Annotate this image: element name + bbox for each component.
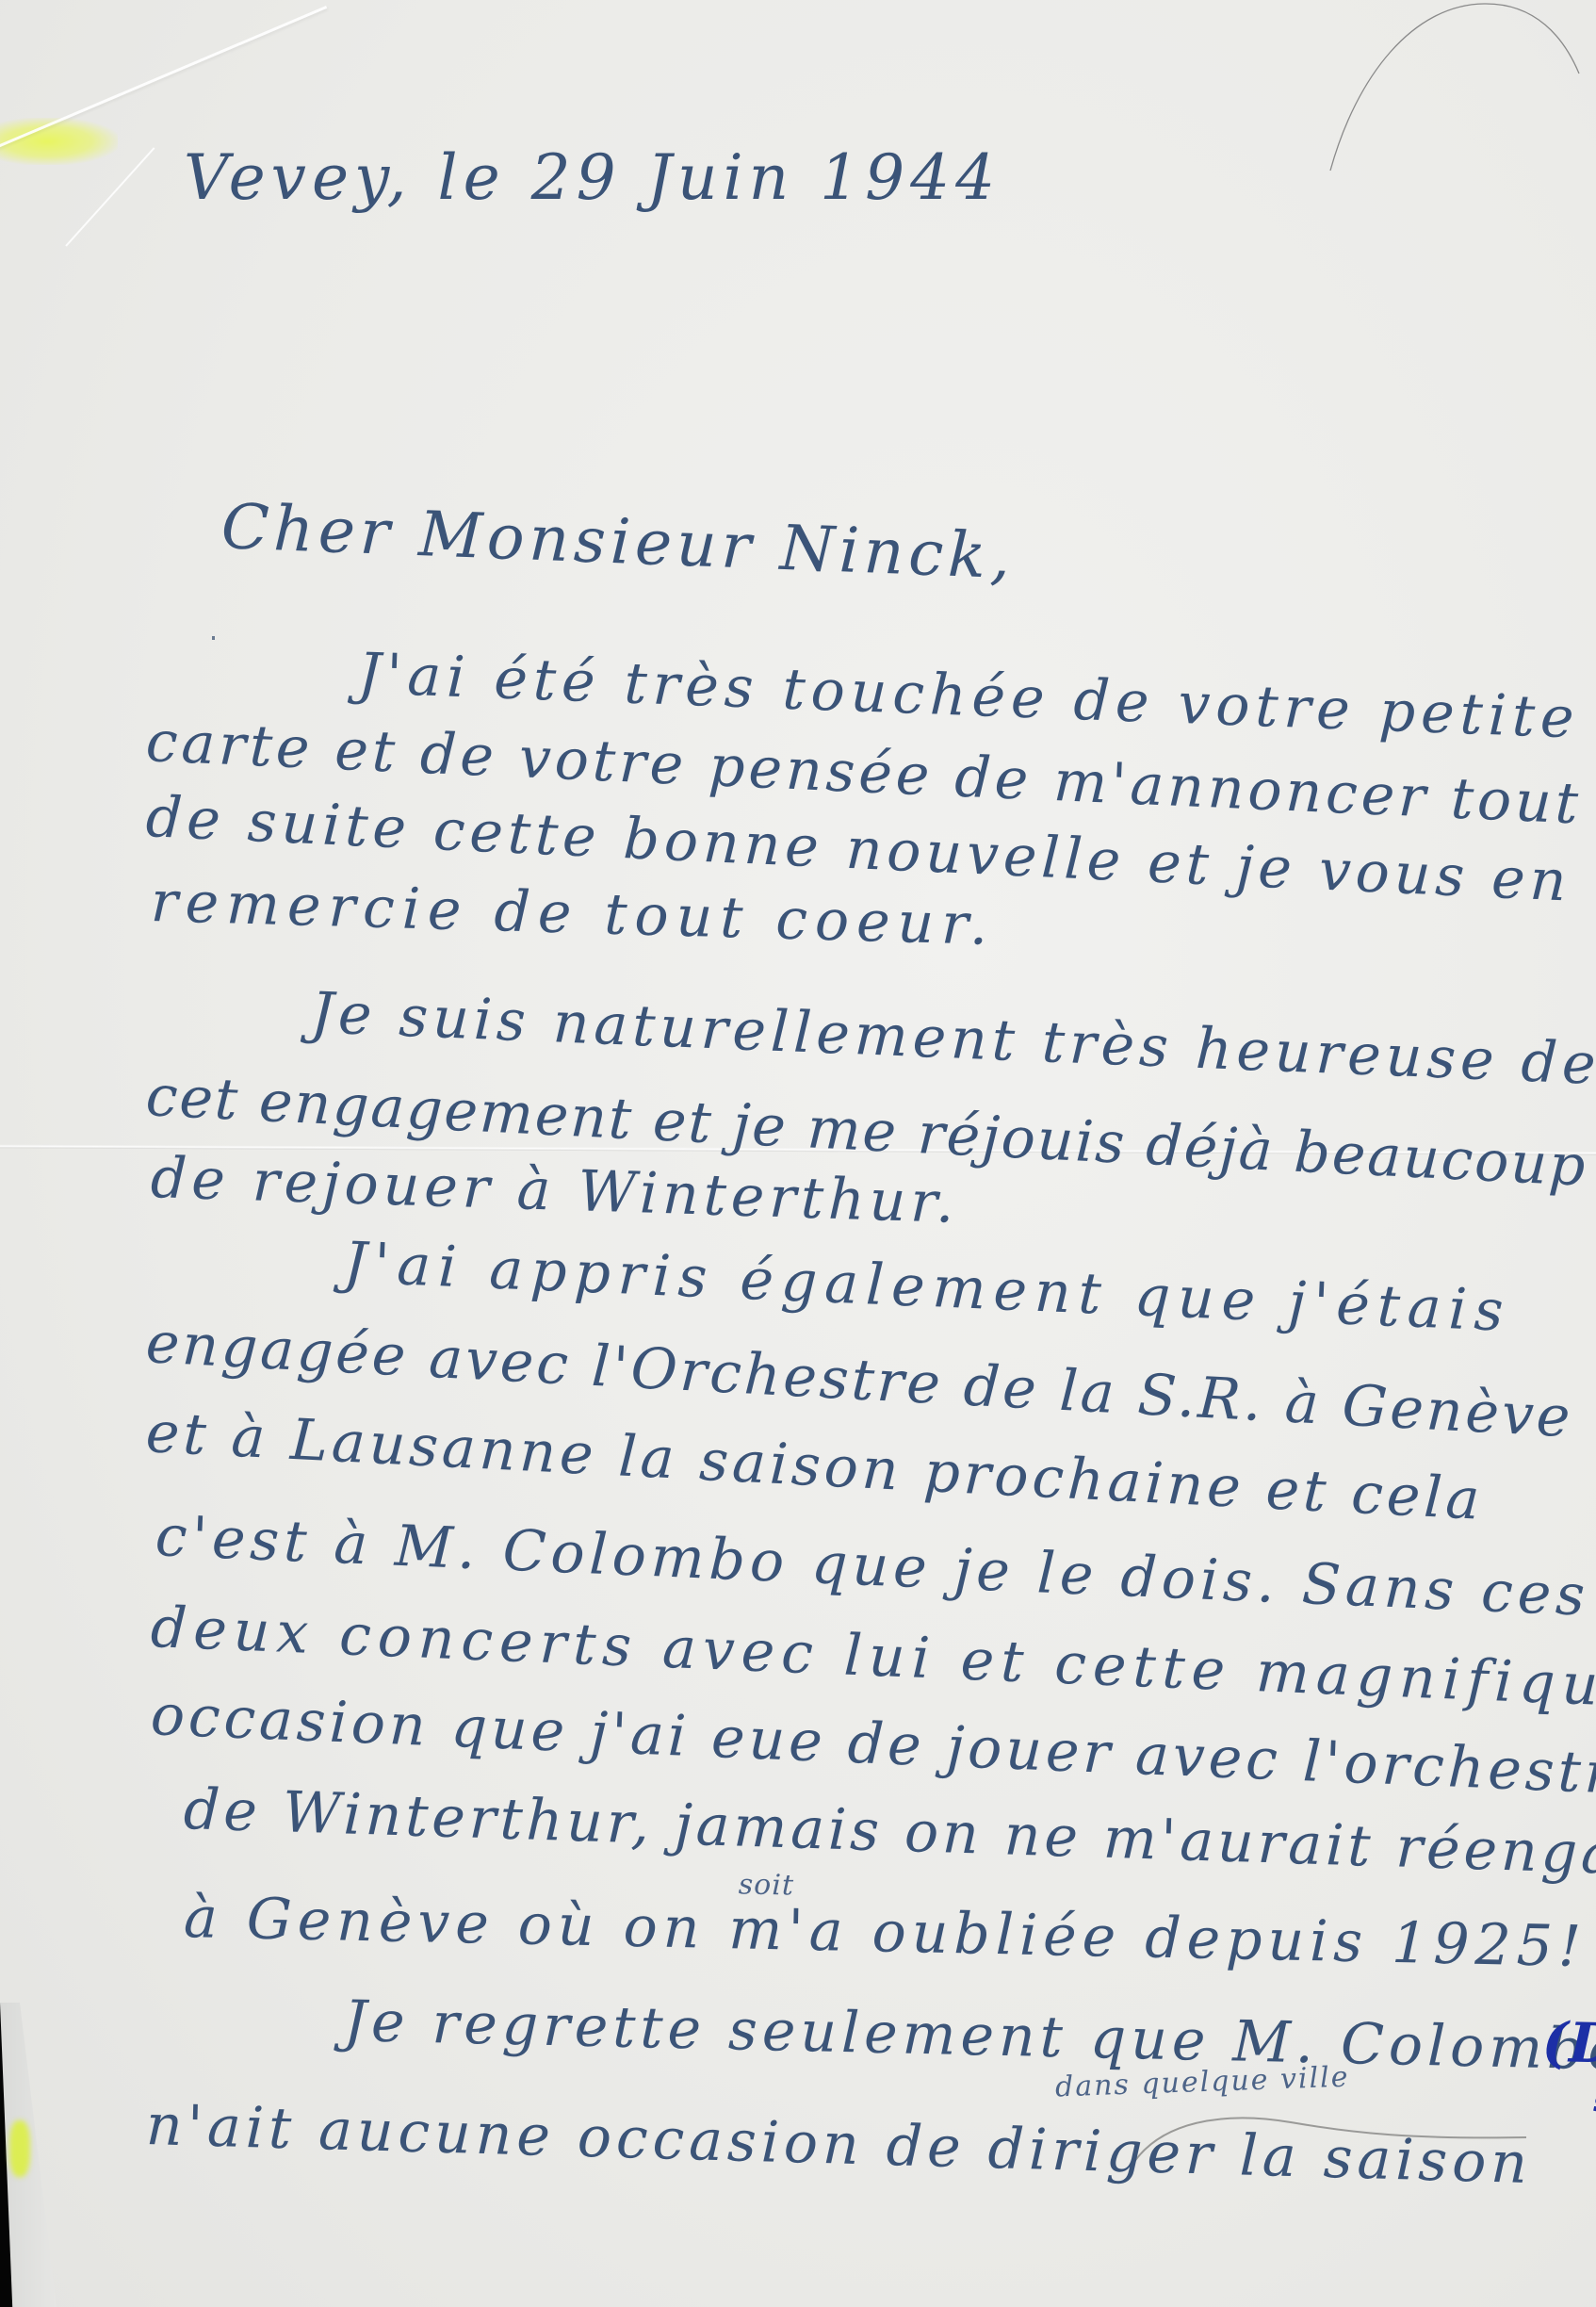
letter-line-with-insert: à Genève où on m'a oubliée depuis 1925! … [183,1885,1587,1980]
place-date: Vevey, le 29 Juin 1944 [184,141,1001,214]
letter-line-with-annotation: Je regrette seulement que M. Colombo (Di… [343,1988,1596,2084]
letter-line: J'ai appris également que j'étais [343,1230,1512,1345]
yellow-stain-corner [9,2120,30,2177]
letter-page: Vevey, le 29 Juin 1944 Cher Monsieur Nin… [0,0,1596,2307]
ink-dot [212,636,215,640]
letter-line-text: Je regrette seulement que M. Colombo [343,1988,1596,2084]
yellow-highlight-stain [0,118,118,165]
margin-annotation: (Dir [1541,2010,1596,2077]
paper-crease [0,6,327,163]
inserted-word: soit [738,1868,794,1902]
pencil-arc-mark [1225,0,1596,188]
paper-crease [65,147,155,246]
letter-line-text: à Genève où on m'a oubliée depuis 1925! [183,1885,1587,1980]
letter-line: n'ait aucune occasion de diriger la sais… [145,2092,1533,2197]
salutation: Cher Monsieur Ninck, [220,490,1017,593]
